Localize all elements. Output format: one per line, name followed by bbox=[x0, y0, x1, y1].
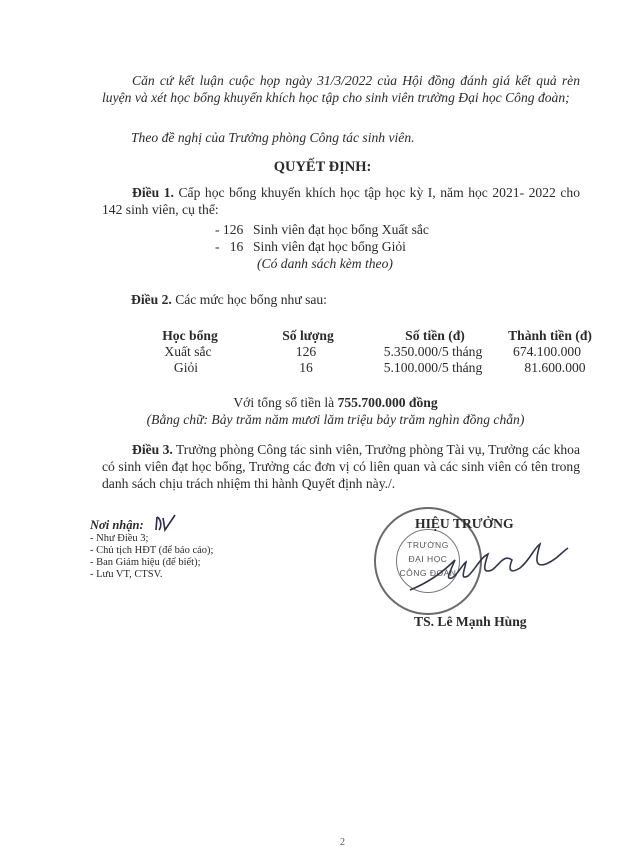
article-2-text: Các mức học bổng như sau: bbox=[175, 292, 327, 307]
item-desc: Sinh viên đạt học bổng Xuất sắc bbox=[253, 222, 429, 237]
article-1-item-1: - 126Sinh viên đạt học bổng Xuất sắc bbox=[215, 221, 429, 238]
recipient-1: - Như Điều 3; bbox=[90, 533, 148, 545]
table-header-total: Thành tiền (đ) bbox=[495, 328, 605, 343]
total-in-words: (Bằng chữ: Bảy trăm năm mươi lăm triệu b… bbox=[0, 411, 635, 428]
article-3-label: Điều 3. bbox=[132, 442, 173, 457]
article-2: Điều 2. Các mức học bổng như sau: bbox=[131, 291, 327, 308]
table-row-1-total: 674.100.000 bbox=[492, 344, 602, 359]
table-row-2-total: 81.600.000 bbox=[500, 360, 610, 375]
table-header-amount: Số tiền (đ) bbox=[370, 328, 500, 343]
total-prefix: Với tổng số tiền là bbox=[233, 395, 337, 410]
signature-title: HIỆU TRƯỞNG bbox=[415, 516, 514, 532]
recipients-label: Nơi nhận: bbox=[90, 518, 144, 533]
article-1-item-2: - 16Sinh viên đạt học bổng Giỏi bbox=[215, 238, 406, 255]
preamble-paragraph-2: Theo đề nghị của Trưởng phòng Công tác s… bbox=[131, 129, 415, 146]
total-amount-line: Với tổng số tiền là 755.700.000 đồng bbox=[0, 394, 635, 411]
article-2-label: Điều 2. bbox=[131, 292, 172, 307]
preamble-paragraph-1: Căn cứ kết luận cuộc họp ngày 31/3/2022 … bbox=[102, 72, 580, 106]
decision-title: QUYẾT ĐỊNH: bbox=[0, 159, 635, 176]
item-count: - 126 bbox=[215, 221, 253, 238]
article-1-text: Cấp học bổng khuyến khích học tập học kỳ… bbox=[102, 185, 580, 217]
table-row-1-scholarship: Xuất sắc bbox=[138, 344, 238, 359]
article-1: Điều 1. Cấp học bổng khuyến khích học tậ… bbox=[102, 184, 580, 218]
table-header-quantity: Số lượng bbox=[258, 328, 358, 343]
recipient-4: - Lưu VT, CTSV. bbox=[90, 569, 163, 581]
signer-name: TS. Lê Mạnh Hùng bbox=[414, 614, 527, 630]
recipient-3: - Ban Giám hiệu (để biết); bbox=[90, 557, 201, 569]
page-number: 2 bbox=[0, 837, 635, 848]
table-row-2-amount: 5.100.000/5 tháng bbox=[368, 360, 498, 375]
attachment-note: (Có danh sách kèm theo) bbox=[257, 255, 393, 272]
recipient-2: - Chủ tịch HĐT (để báo cáo); bbox=[90, 545, 213, 557]
article-3-text: Trưởng phòng Công tác sinh viên, Trưởng … bbox=[102, 442, 580, 491]
total-amount: 755.700.000 đồng bbox=[338, 395, 438, 410]
table-row-1-quantity: 126 bbox=[256, 344, 356, 359]
handwritten-signature-icon bbox=[400, 540, 570, 595]
article-3: Điều 3. Trưởng phòng Công tác sinh viên,… bbox=[102, 441, 580, 492]
article-1-label: Điều 1. bbox=[132, 185, 174, 200]
table-row-2-scholarship: Giỏi bbox=[136, 360, 236, 375]
item-desc: Sinh viên đạt học bổng Giỏi bbox=[253, 239, 406, 254]
item-count: - 16 bbox=[215, 238, 253, 255]
initials-signature-icon bbox=[153, 512, 183, 534]
table-row-1-amount: 5.350.000/5 tháng bbox=[368, 344, 498, 359]
table-header-scholarship: Học bổng bbox=[140, 328, 240, 343]
table-row-2-quantity: 16 bbox=[256, 360, 356, 375]
